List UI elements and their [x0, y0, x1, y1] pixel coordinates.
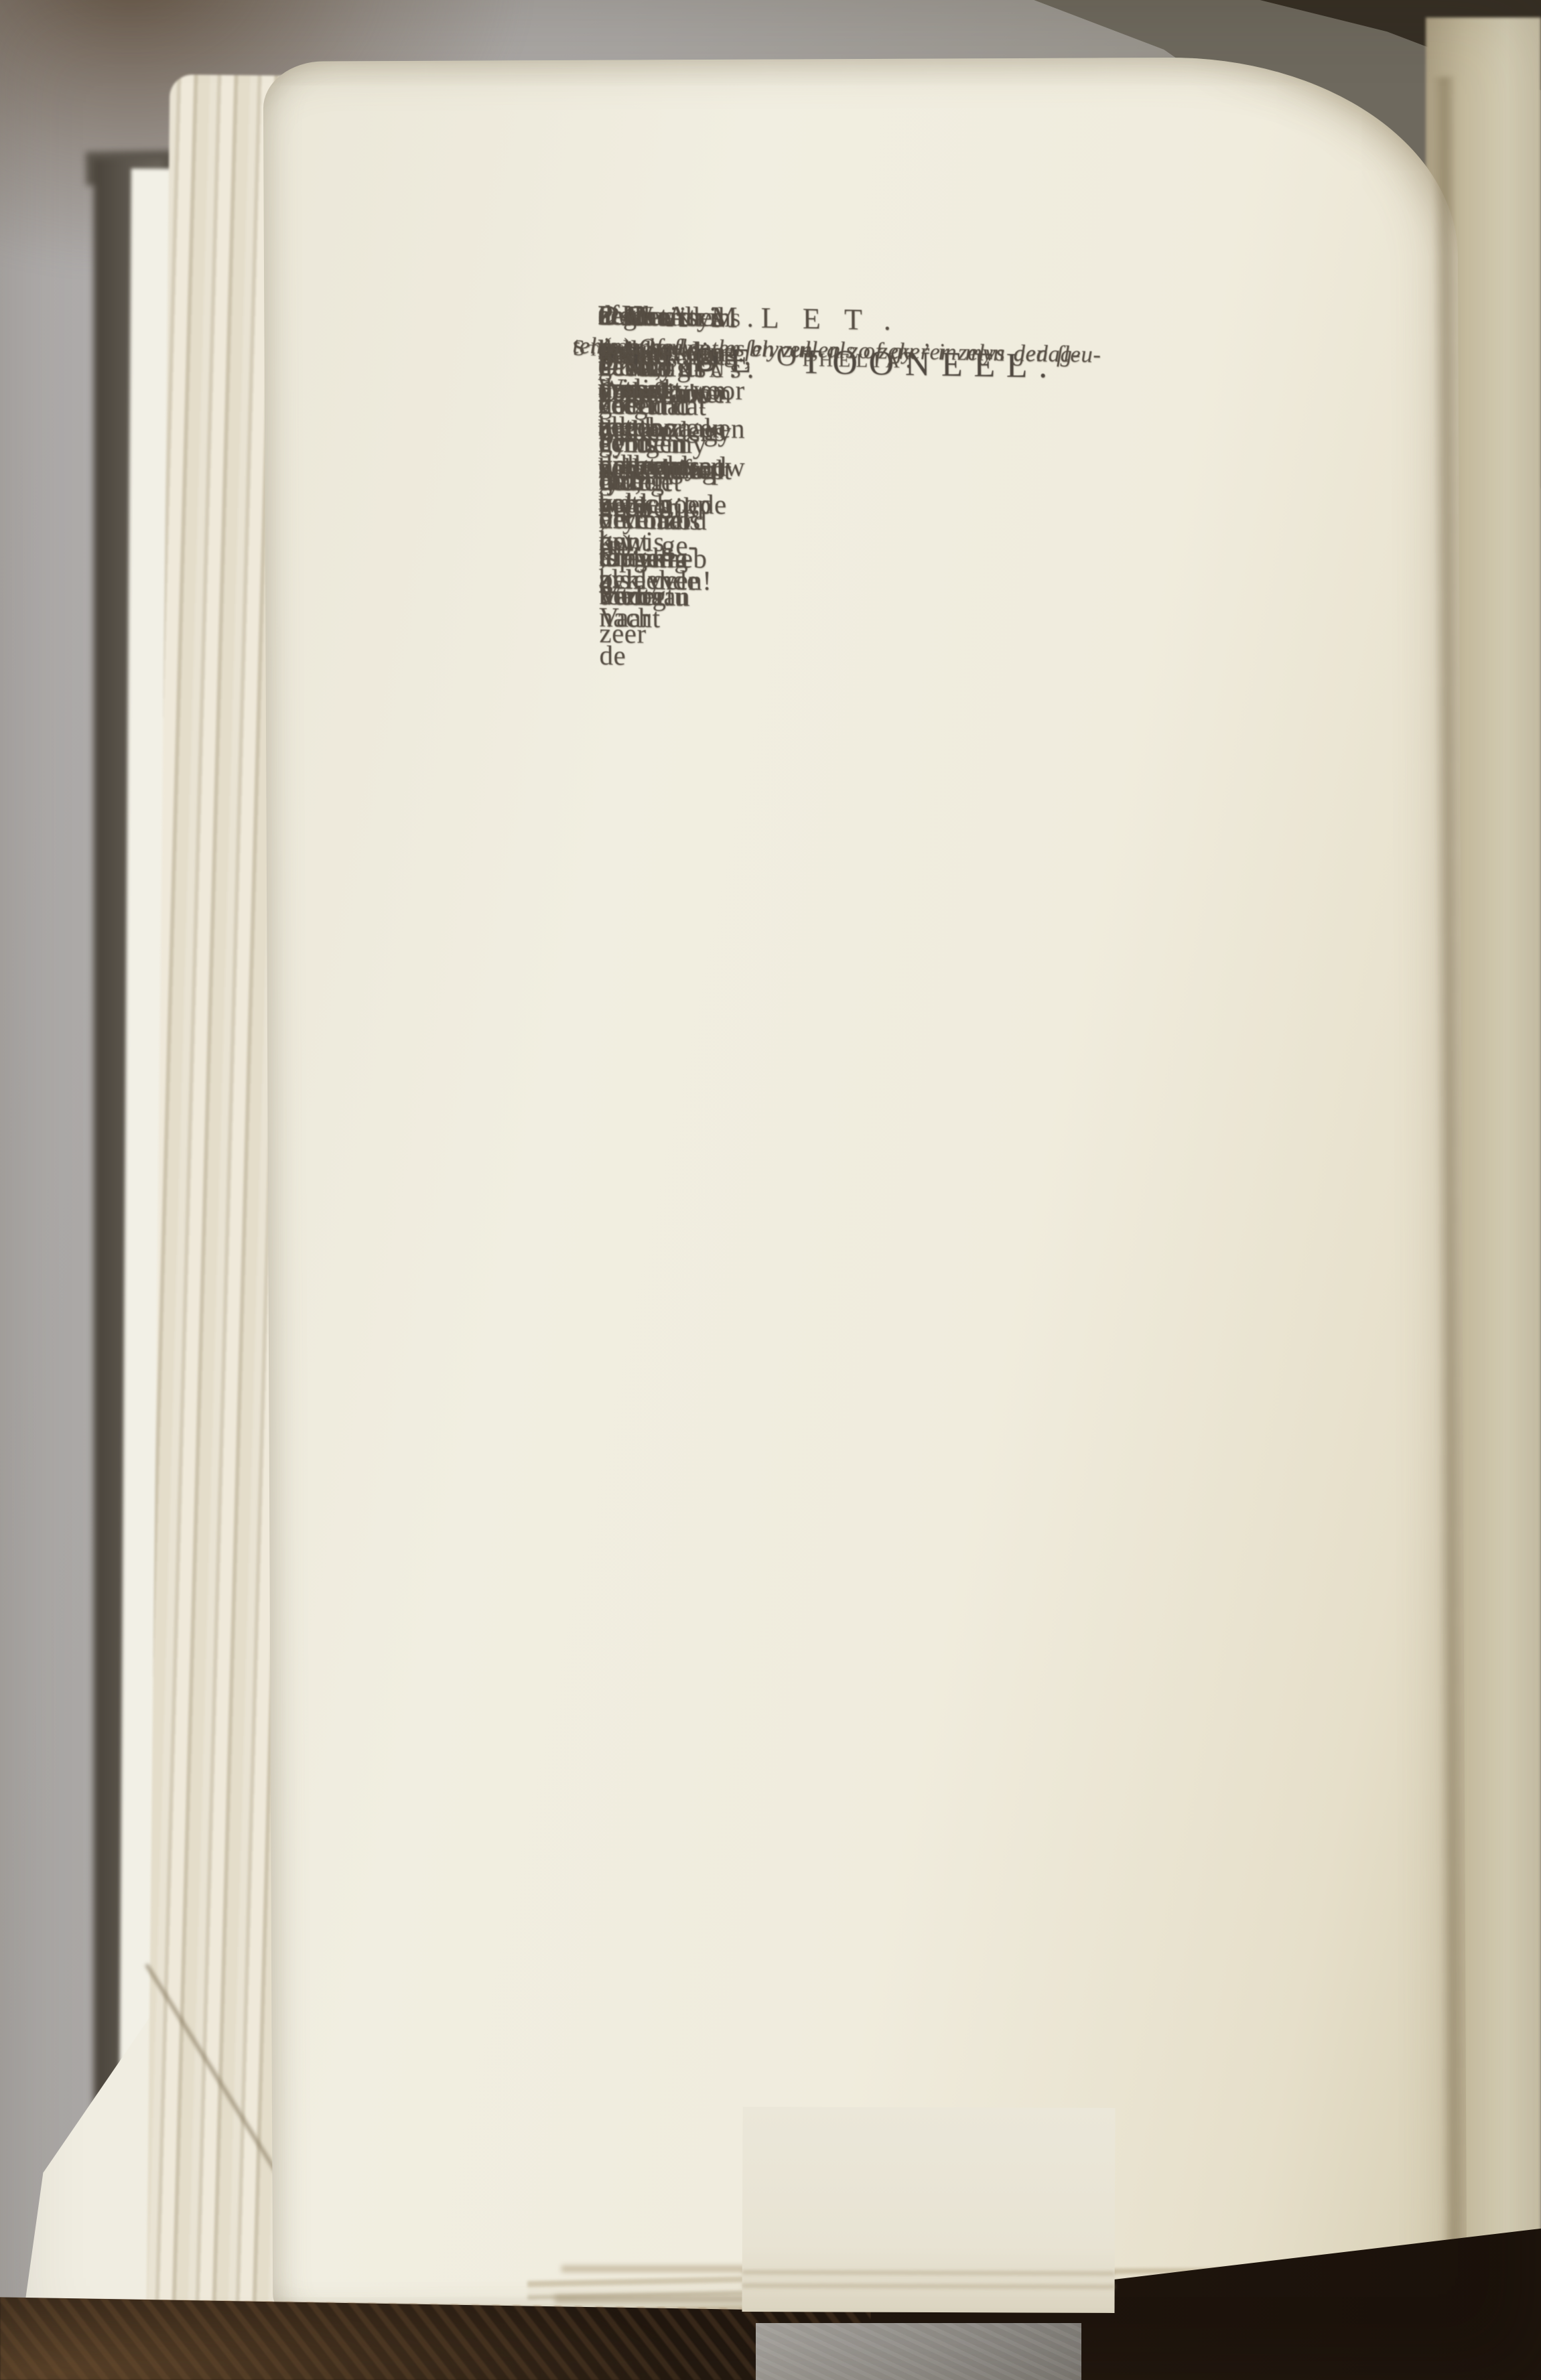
page-text: 24 HAMLET. leenen verliest men dikmaals … — [598, 296, 1450, 311]
page-bottom-edge-line — [561, 2265, 757, 2272]
footnote-signature: Steevens. — [572, 332, 710, 367]
paper-patch-shadow-lines — [742, 2270, 1115, 2294]
speech-line: gewillig vergund hebt. Indien dit zo is … — [598, 347, 692, 616]
book-photo: 24 HAMLET. leenen verliest men dikmaals … — [0, 0, 1541, 2380]
gray-strip — [756, 2323, 1081, 2380]
paper-patch — [742, 2107, 1115, 2313]
page-bottom-edge-line — [555, 2295, 760, 2303]
footnote: (n) Of uwe lesſen zullen zo zeker in myn… — [572, 329, 1450, 344]
book-page: 24 HAMLET. leenen verliest men dikmaals … — [263, 56, 1467, 2318]
